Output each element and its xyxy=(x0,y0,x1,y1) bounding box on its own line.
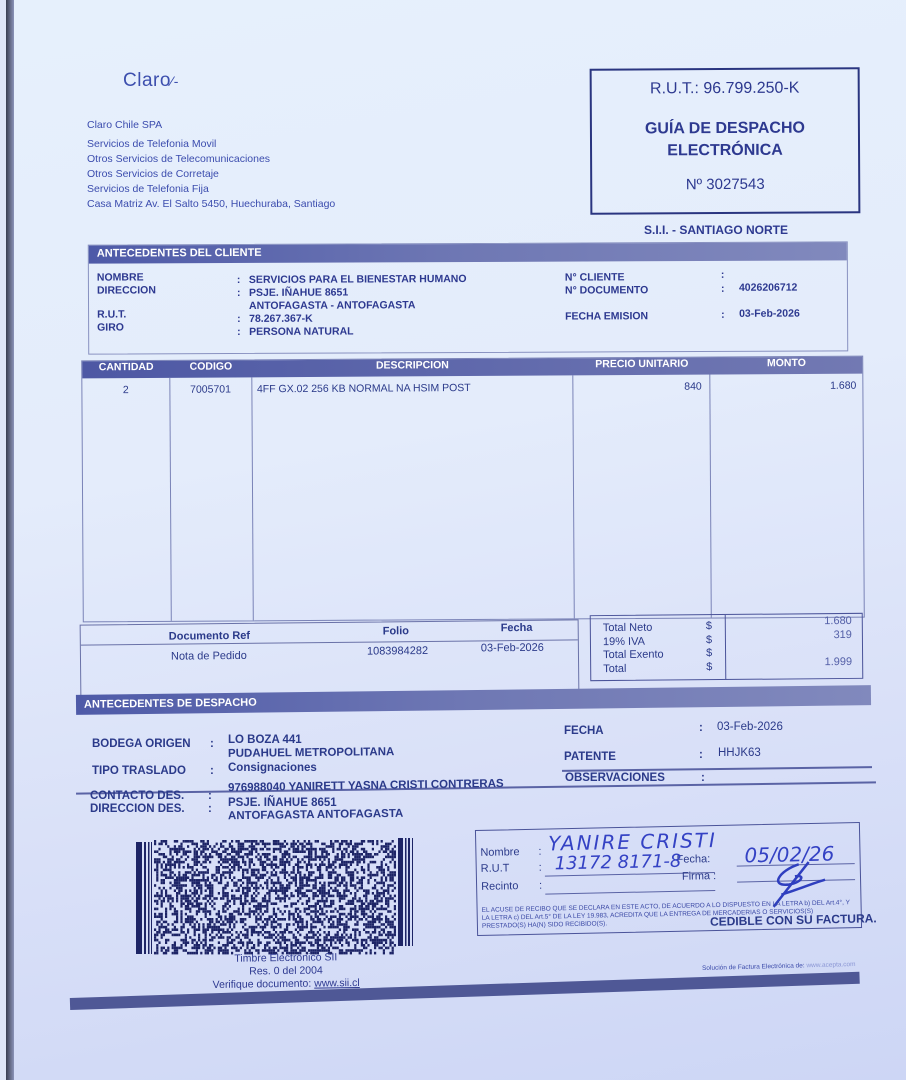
sep: : xyxy=(210,738,214,750)
activity-line: Servicios de Telefonia Movil xyxy=(87,137,335,152)
client-section-title: ANTECEDENTES DEL CLIENTE xyxy=(89,242,847,263)
client-giro: PERSONA NATURAL xyxy=(249,325,353,338)
sep: : xyxy=(210,765,214,777)
claro-logo: Claro⁄- xyxy=(123,70,179,92)
sii-office: S.I.I. - SANTIAGO NORTE xyxy=(644,223,788,237)
totals-values: 1.680 319 1.999 xyxy=(824,615,852,669)
label-fecha-emision: FECHA EMISION xyxy=(565,310,648,323)
label-recinto: Recinto xyxy=(481,880,519,893)
label-direccion-des: DIRECCION DES. xyxy=(90,803,185,815)
document-title: GUÍA DE DESPACHO ELECTRÓNICA xyxy=(592,117,858,162)
label-contacto: CONTACTO DES. xyxy=(90,790,184,802)
logo-spark-icon: ⁄- xyxy=(171,73,179,89)
items-table: CANTIDAD CODIGO DESCRIPCION PRECIO UNITA… xyxy=(81,356,865,623)
origin-warehouse-1: LO BOZA 441 xyxy=(228,734,302,746)
label-n-documento: N° DOCUMENTO xyxy=(565,284,648,297)
ref-documento: Nota de Pedido xyxy=(171,650,247,663)
label-firma: Firma : xyxy=(682,870,716,883)
dispatch-address-1: PSJE. IÑAHUE 8651 xyxy=(228,797,337,809)
col-documento-ref: Documento Ref xyxy=(169,630,250,643)
label-observaciones: OBSERVACIONES xyxy=(565,772,665,784)
transfer-type: Consignaciones xyxy=(228,762,317,774)
sep: : xyxy=(699,722,703,734)
client-name: SERVICIOS PARA EL BIENESTAR HUMANO xyxy=(249,273,467,287)
label-total-exento: Total Exento xyxy=(603,649,664,663)
sep: : xyxy=(208,790,212,802)
label-nombre: NOMBRE xyxy=(97,271,144,284)
label-rut: R.U.T. xyxy=(97,308,126,321)
label-iva: 19% IVA xyxy=(603,635,664,649)
label-direccion: DIRECCION xyxy=(97,284,156,297)
document-number: Nº 3027543 xyxy=(592,175,858,193)
client-rut: 78.267.367-K xyxy=(249,313,313,326)
col-precio-unitario: PRECIO UNITARIO xyxy=(573,358,711,376)
ref-folio: 1083984282 xyxy=(367,645,428,658)
totals-divider xyxy=(725,615,727,679)
col-folio: Folio xyxy=(383,625,409,637)
col-monto: MONTO xyxy=(711,357,863,375)
footer-bar xyxy=(70,972,860,1010)
cell-cantidad: 2 xyxy=(82,378,171,622)
document-id-box: R.U.T.: 96.799.250-K GUÍA DE DESPACHO EL… xyxy=(590,67,861,214)
total-value: 1.999 xyxy=(825,655,853,669)
cell-monto: 1.680 xyxy=(711,374,864,618)
document-number-value: 4026206712 xyxy=(739,282,797,295)
col-descripcion: DESCRIPCION xyxy=(252,358,573,377)
origin-warehouse-2: PUDAHUEL METROPOLITANA xyxy=(228,746,394,760)
head-office-address: Casa Matriz Av. El Salto 5450, Huechurab… xyxy=(87,197,335,212)
dispatch-contact: 976988040 YANIRETT YASNA CRISTI CONTRERA… xyxy=(228,778,504,794)
label-tipo-traslado: TIPO TRASLADO xyxy=(92,765,186,777)
totals-box: Total Neto 19% IVA Total Exento Total $ … xyxy=(590,613,864,681)
document-page: Claro⁄- Claro Chile SPA Servicios de Tel… xyxy=(6,0,906,1080)
sep: : xyxy=(237,313,241,326)
page-shadow-edge xyxy=(6,0,14,1080)
currency-symbols: $ $ $ $ xyxy=(706,620,713,674)
sep: : xyxy=(721,283,725,296)
table-row: 2 7005701 4FF GX.02 256 KB NORMAL NA HSI… xyxy=(82,374,863,622)
col-codigo: CODIGO xyxy=(170,360,252,377)
dispatch-date: 03-Feb-2026 xyxy=(717,721,783,733)
label-fecha: FECHA xyxy=(564,725,604,737)
activity-line: Otros Servicios de Telecomunicaciones xyxy=(87,152,335,167)
label-total: Total xyxy=(603,662,664,676)
reference-table: Documento Ref Folio Fecha Nota de Pedido… xyxy=(80,619,580,698)
activity-line: Servicios de Telefonia Fija xyxy=(87,182,335,197)
provider-link[interactable]: www.acepta.com xyxy=(806,961,855,969)
label-patente: PATENTE xyxy=(564,751,616,763)
company-name: Claro Chile SPA xyxy=(87,118,335,133)
activity-line: Otros Servicios de Corretaje xyxy=(87,167,335,182)
label-bodega-origen: BODEGA ORIGEN xyxy=(92,738,191,750)
label-giro: GIRO xyxy=(97,322,124,335)
timbre-caption: Timbre Electrónico SII Res. 0 del 2004 V… xyxy=(196,951,377,993)
issuer-rut: R.U.T.: 96.799.250-K xyxy=(592,79,858,98)
license-plate: HHJK63 xyxy=(718,747,761,759)
label-total-neto: Total Neto xyxy=(603,622,664,636)
sep: : xyxy=(721,269,725,282)
pdf417-timbre-barcode xyxy=(136,838,416,956)
sep: : xyxy=(721,309,725,322)
sep: : xyxy=(237,274,241,287)
issue-date: 03-Feb-2026 xyxy=(739,308,800,321)
col-fecha: Fecha xyxy=(501,622,533,634)
totals-labels: Total Neto 19% IVA Total Exento Total xyxy=(603,622,664,677)
handwritten-rut: 13172 8171-8 xyxy=(554,851,681,875)
dispatch-address-2: ANTOFAGASTA ANTOFAGASTA xyxy=(228,808,403,822)
label-rut: R.U.T xyxy=(481,862,510,875)
cell-descripcion: 4FF GX.02 256 KB NORMAL NA HSIM POST xyxy=(252,375,575,620)
sep: : xyxy=(208,803,212,815)
sep: : xyxy=(237,326,241,339)
total-exento-value xyxy=(824,642,852,656)
issuer-info: Claro Chile SPA Servicios de Telefonia M… xyxy=(87,118,335,212)
client-address-1: PSJE. IÑAHUE 8651 xyxy=(249,287,348,300)
label-nombre: Nombre xyxy=(480,846,519,859)
divider-line xyxy=(562,766,872,771)
total-neto-value: 1.680 xyxy=(824,615,852,629)
sep: : xyxy=(699,749,703,761)
cell-precio-unitario: 840 xyxy=(573,375,712,619)
label-fecha: Fecha: xyxy=(676,853,710,866)
col-cantidad: CANTIDAD xyxy=(82,361,170,379)
iva-value: 319 xyxy=(824,628,852,642)
sep: : xyxy=(701,772,705,784)
label-n-cliente: N° CLIENTE xyxy=(565,271,625,284)
sep: : xyxy=(237,287,241,300)
client-address-2: ANTOFAGASTA - ANTOFAGASTA xyxy=(249,299,416,313)
cell-codigo: 7005701 xyxy=(170,377,253,620)
client-section: ANTECEDENTES DEL CLIENTE NOMBRE DIRECCIO… xyxy=(88,241,848,354)
provider-credit: Solución de Factura Electrónica de: www.… xyxy=(702,961,856,972)
ref-fecha: 03-Feb-2026 xyxy=(481,642,544,655)
